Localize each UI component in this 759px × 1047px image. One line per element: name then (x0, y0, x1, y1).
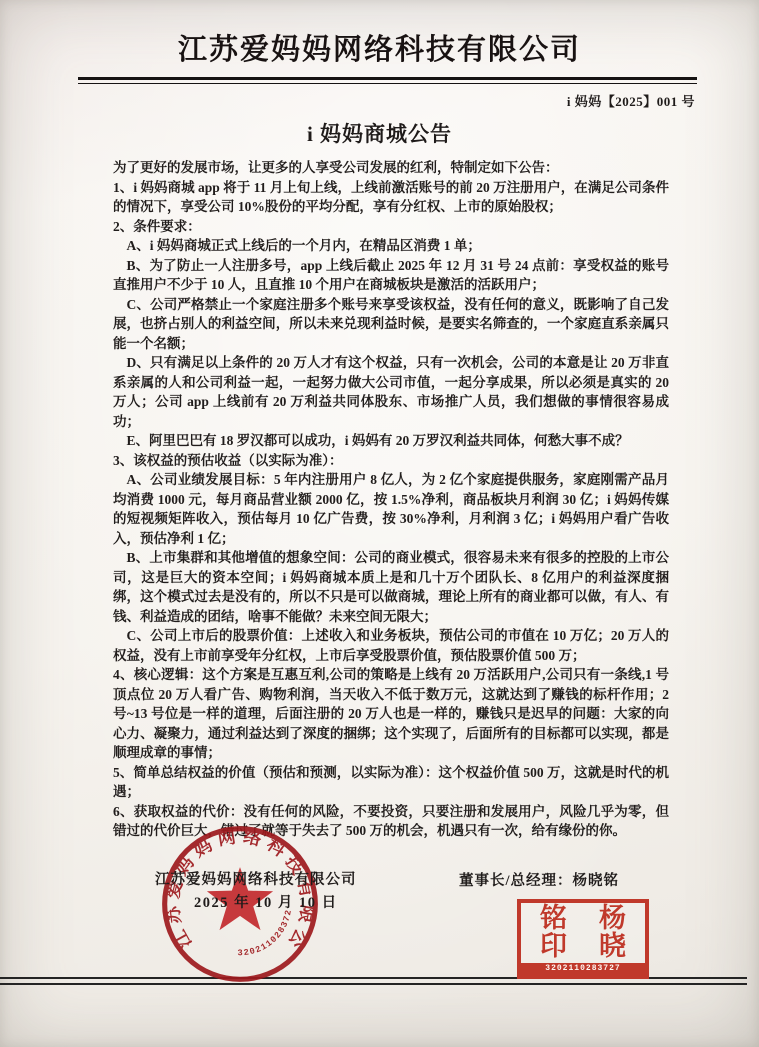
personal-seal-char: 晓 (583, 932, 642, 960)
paragraph: C、公司严格禁止一个家庭注册多个账号来享受该权益，没有任何的意义，既影响了自己发… (113, 295, 669, 354)
document-body: 为了更好的发展市场，让更多的人享受公司发展的红利，特制定如下公告：1、i 妈妈商… (113, 158, 669, 841)
paragraph: 2、条件要求： (113, 217, 669, 237)
doc-number: i 妈妈【2025】001 号 (0, 91, 695, 110)
paragraph: B、上市集群和其他增值的想象空间：公司的商业模式，很容易未来有很多的控股的上市公… (113, 548, 669, 626)
personal-seal-char: 铭 (524, 904, 583, 932)
paragraph: E、阿里巴巴有 18 罗汉都可以成功，i 妈妈有 20 万罗汉利益共同体，何愁大… (113, 431, 669, 451)
executive-line: 董事长/总经理：杨晓铭 (459, 869, 619, 890)
personal-seal-stamp: 铭 杨 印 晓 3202110283727 (517, 899, 649, 979)
company-title: 江苏爱妈妈网络科技有限公司 (0, 0, 759, 68)
signature-date: 2025 年 10 月 10 日 (194, 891, 338, 912)
paragraph: A、公司业绩发展目标：5 年内注册用户 8 亿人，为 2 亿个家庭提供服务，家庭… (113, 470, 669, 548)
paragraph: D、只有满足以上条件的 20 万人才有这个权益，只有一次机会，公司的本意是让 2… (113, 353, 669, 431)
signature-company-name: 江苏爱妈妈网络科技有限公司 (155, 868, 357, 889)
personal-seal-number: 3202110283727 (521, 963, 645, 975)
paragraph: 5、简单总结权益的价值（预估和预测，以实际为准）：这个权益价值 500 万，这就… (113, 763, 669, 802)
paragraph: 1、i 妈妈商城 app 将于 11 月上旬上线，上线前激活账号的前 20 万注… (113, 178, 669, 217)
paragraph: B、为了防止一人注册多号，app 上线后截止 2025 年 12 月 31 号 … (113, 256, 669, 295)
document-page: 江苏爱妈妈网络科技有限公司 i 妈妈【2025】001 号 i 妈妈商城公告 为… (0, 0, 759, 1047)
paragraph: C、公司上市后的股票价值：上述收入和业务板块，预估公司的市值在 10 万亿；20… (113, 626, 669, 665)
paragraph: 3、该权益的预估收益（以实际为准）： (113, 451, 669, 471)
paragraph: A、i 妈妈商城正式上线后的一个月内，在精品区消费 1 单； (113, 236, 669, 256)
paragraph: 为了更好的发展市场，让更多的人享受公司发展的红利，特制定如下公告： (113, 158, 669, 178)
personal-seal-chars: 铭 杨 印 晓 (524, 904, 642, 960)
personal-seal-char: 印 (524, 932, 583, 960)
personal-seal-char: 杨 (583, 904, 642, 932)
announcement-title: i 妈妈商城公告 (0, 118, 759, 148)
header-double-rule (78, 77, 697, 84)
paragraph: 4、核心逻辑：这个方案是互惠互利,公司的策略是上线有 20 万活跃用户,公司只有… (113, 665, 669, 763)
